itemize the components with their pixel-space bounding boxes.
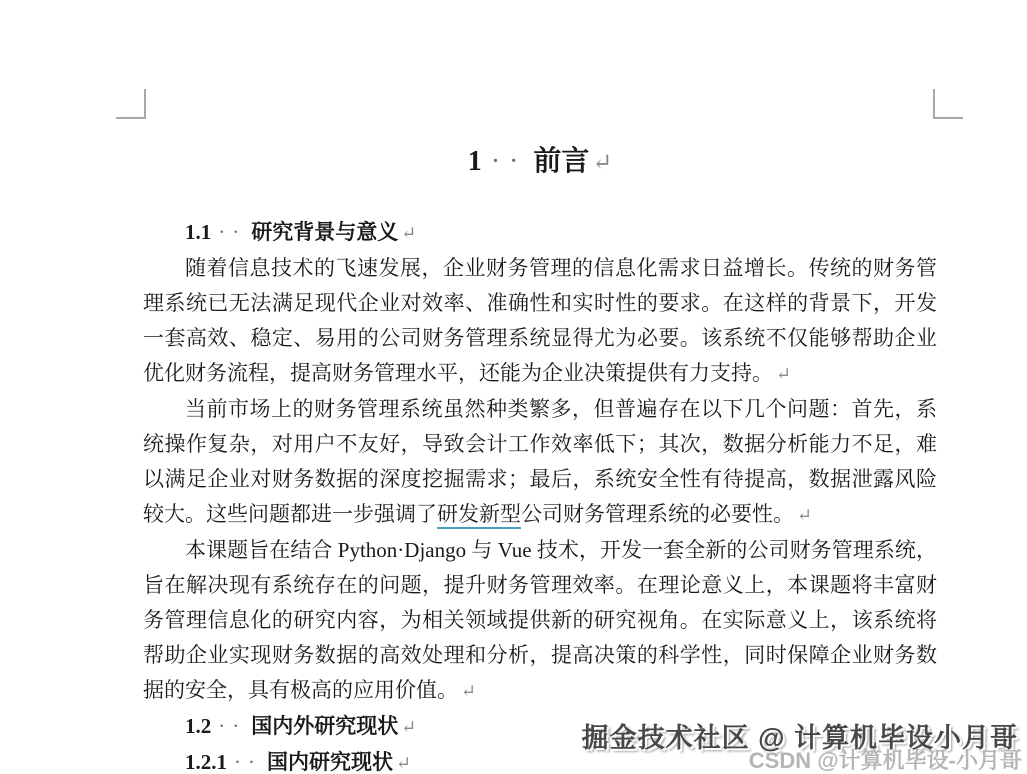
section-heading-1-1: 1.1··研究背景与意义↵ <box>143 215 937 251</box>
paragraph-mark-icon: ↵ <box>401 223 416 243</box>
document-text-area[interactable]: 1··前言↵ 1.1··研究背景与意义↵ 随着信息技术的飞速发展，企业财务管理的… <box>143 140 937 774</box>
space-format-marks: ·· <box>234 750 262 774</box>
section-heading-text: 国内外研究现状 <box>251 714 398 738</box>
paragraph-mark-icon: ↵ <box>797 505 812 525</box>
paragraph-text: 本课题旨在结合 Python·Django 与 Vue 技术，开发一套全新的公司… <box>143 538 937 702</box>
margin-crop-mark-top-right <box>933 89 963 119</box>
paragraph-mark-icon: ↵ <box>592 150 612 176</box>
paragraph-text: 公司财务管理系统的必要性。 <box>521 502 794 526</box>
paragraph-3: 本课题旨在结合 Python·Django 与 Vue 技术，开发一套全新的公司… <box>143 533 937 709</box>
space-format-marks: ·· <box>218 714 246 738</box>
space-format-marks: ·· <box>491 146 528 177</box>
space-format-marks: ·· <box>218 220 246 244</box>
grammar-check-underlined-text: 研发新型 <box>437 502 521 529</box>
paragraph-mark-icon: ↵ <box>776 364 791 384</box>
paragraph-mark-icon: ↵ <box>401 717 416 737</box>
csdn-watermark: CSDN @计算机毕设-小月哥 <box>749 744 1022 774</box>
margin-crop-mark-top-left <box>116 89 146 119</box>
section-number: 1.2.1 <box>185 750 227 774</box>
chapter-title-text: 前言 <box>533 146 589 177</box>
paragraph-text: 随着信息技术的飞速发展，企业财务管理的信息化需求日益增长。传统的财务管理系统已无… <box>143 256 937 385</box>
section-heading-text: 国内研究现状 <box>267 750 393 774</box>
paragraph-1: 随着信息技术的飞速发展，企业财务管理的信息化需求日益增长。传统的财务管理系统已无… <box>143 251 937 392</box>
section-number: 1.1 <box>185 220 211 244</box>
document-page[interactable]: 1··前言↵ 1.1··研究背景与意义↵ 随着信息技术的飞速发展，企业财务管理的… <box>0 0 1027 774</box>
paragraph-mark-icon: ↵ <box>396 753 411 773</box>
chapter-title: 1··前言↵ <box>143 140 937 185</box>
paragraph-2: 当前市场上的财务管理系统虽然种类繁多，但普遍存在以下几个问题：首先，系统操作复杂… <box>143 392 937 533</box>
section-heading-text: 研究背景与意义 <box>251 220 398 244</box>
chapter-number: 1 <box>468 146 482 177</box>
paragraph-mark-icon: ↵ <box>461 681 476 701</box>
section-number: 1.2 <box>185 714 211 738</box>
